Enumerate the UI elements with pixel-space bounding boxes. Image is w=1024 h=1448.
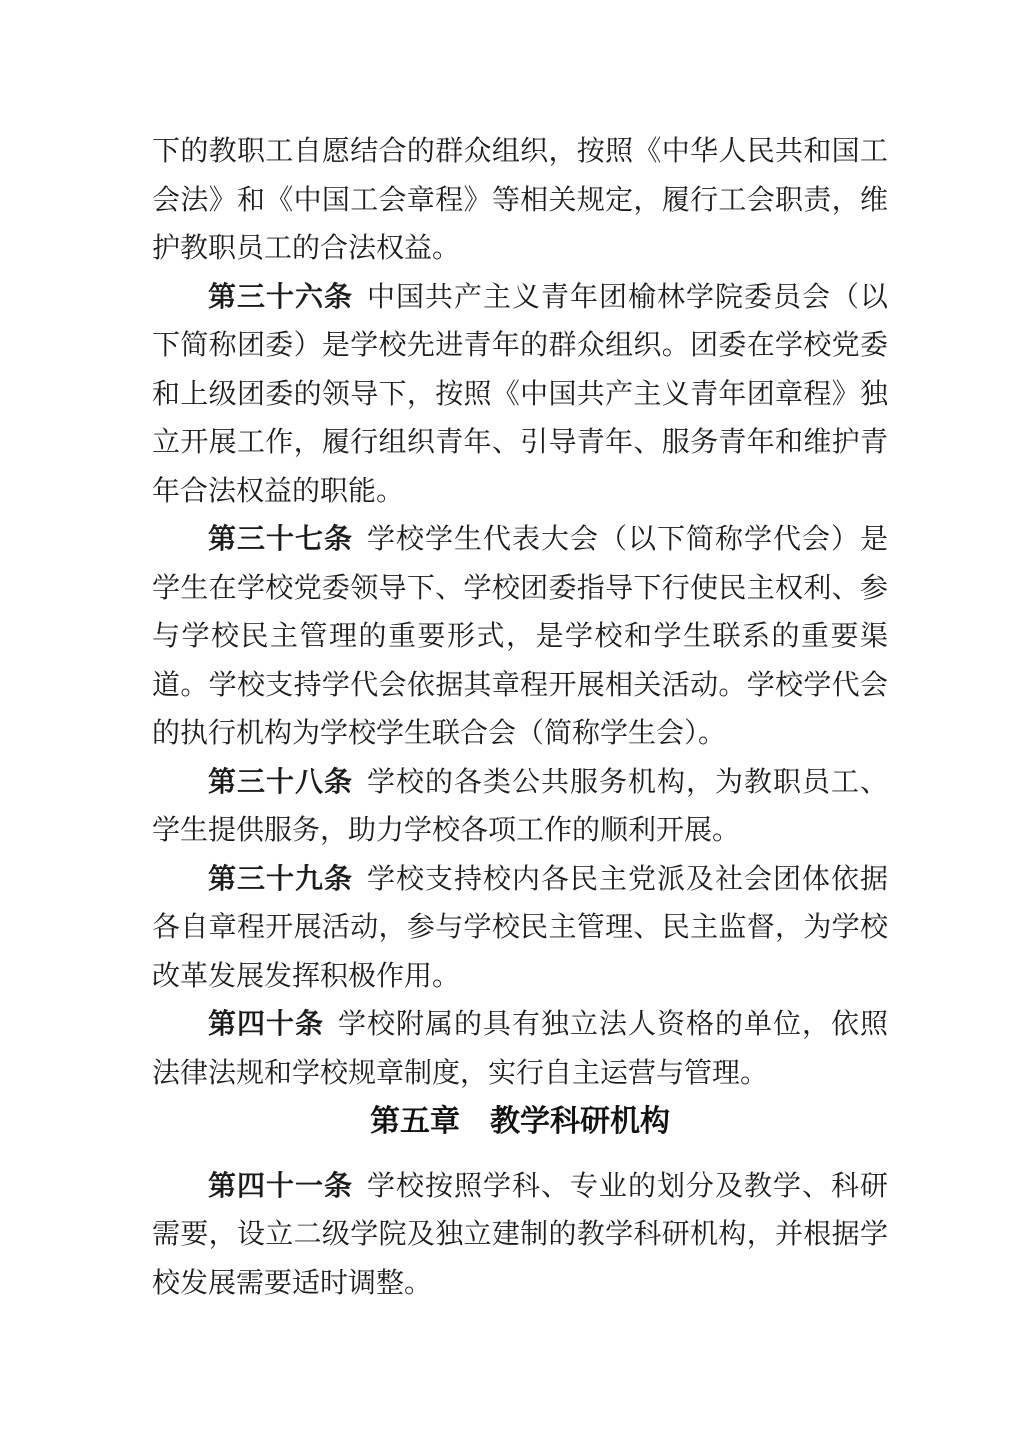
article-number: 第三十九条 xyxy=(208,864,353,895)
paragraph-article-40: 第四十条学校附属的具有独立法人资格的单位，依照法律法规和学校规章制度，实行自主运… xyxy=(152,1001,888,1098)
paragraph-article-38: 第三十八条学校的各类公共服务机构，为教职员工、学生提供服务，助力学校各项工作的顺… xyxy=(152,759,888,856)
paragraph-text: 下的教职工自愿结合的群众组织，按照《中华人民共和国工会法》和《中国工会章程》等相… xyxy=(152,136,888,264)
article-number: 第四十一条 xyxy=(208,1171,353,1202)
paragraph-article-41: 第四十一条学校按照学科、专业的划分及教学、科研需要，设立二级学院及独立建制的教学… xyxy=(152,1163,888,1309)
paragraph-text: 学校学生代表大会（以下简称学代会）是学生在学校党委领导下、学校团委指导下行使民主… xyxy=(152,524,888,749)
paragraph-article-36: 第三十六条中国共产主义青年团榆林学院委员会（以下简称团委）是学校先进青年的群众组… xyxy=(152,274,888,517)
article-number: 第三十七条 xyxy=(208,524,353,555)
article-number: 第三十八条 xyxy=(208,767,353,798)
article-number: 第四十条 xyxy=(208,1009,324,1040)
paragraph-continuation: 下的教职工自愿结合的群众组织，按照《中华人民共和国工会法》和《中国工会章程》等相… xyxy=(152,128,888,274)
chapter-heading: 第五章 教学科研机构 xyxy=(152,1098,888,1147)
paragraph-text: 中国共产主义青年团榆林学院委员会（以下简称团委）是学校先进青年的群众组织。团委在… xyxy=(152,282,888,507)
paragraph-article-37: 第三十七条学校学生代表大会（以下简称学代会）是学生在学校党委领导下、学校团委指导… xyxy=(152,516,888,759)
article-number: 第三十六条 xyxy=(208,282,353,313)
document-page: 下的教职工自愿结合的群众组织，按照《中华人民共和国工会法》和《中国工会章程》等相… xyxy=(0,0,1024,1448)
paragraph-article-39: 第三十九条学校支持校内各民主党派及社会团体依据各自章程开展活动，参与学校民主管理… xyxy=(152,856,888,1002)
